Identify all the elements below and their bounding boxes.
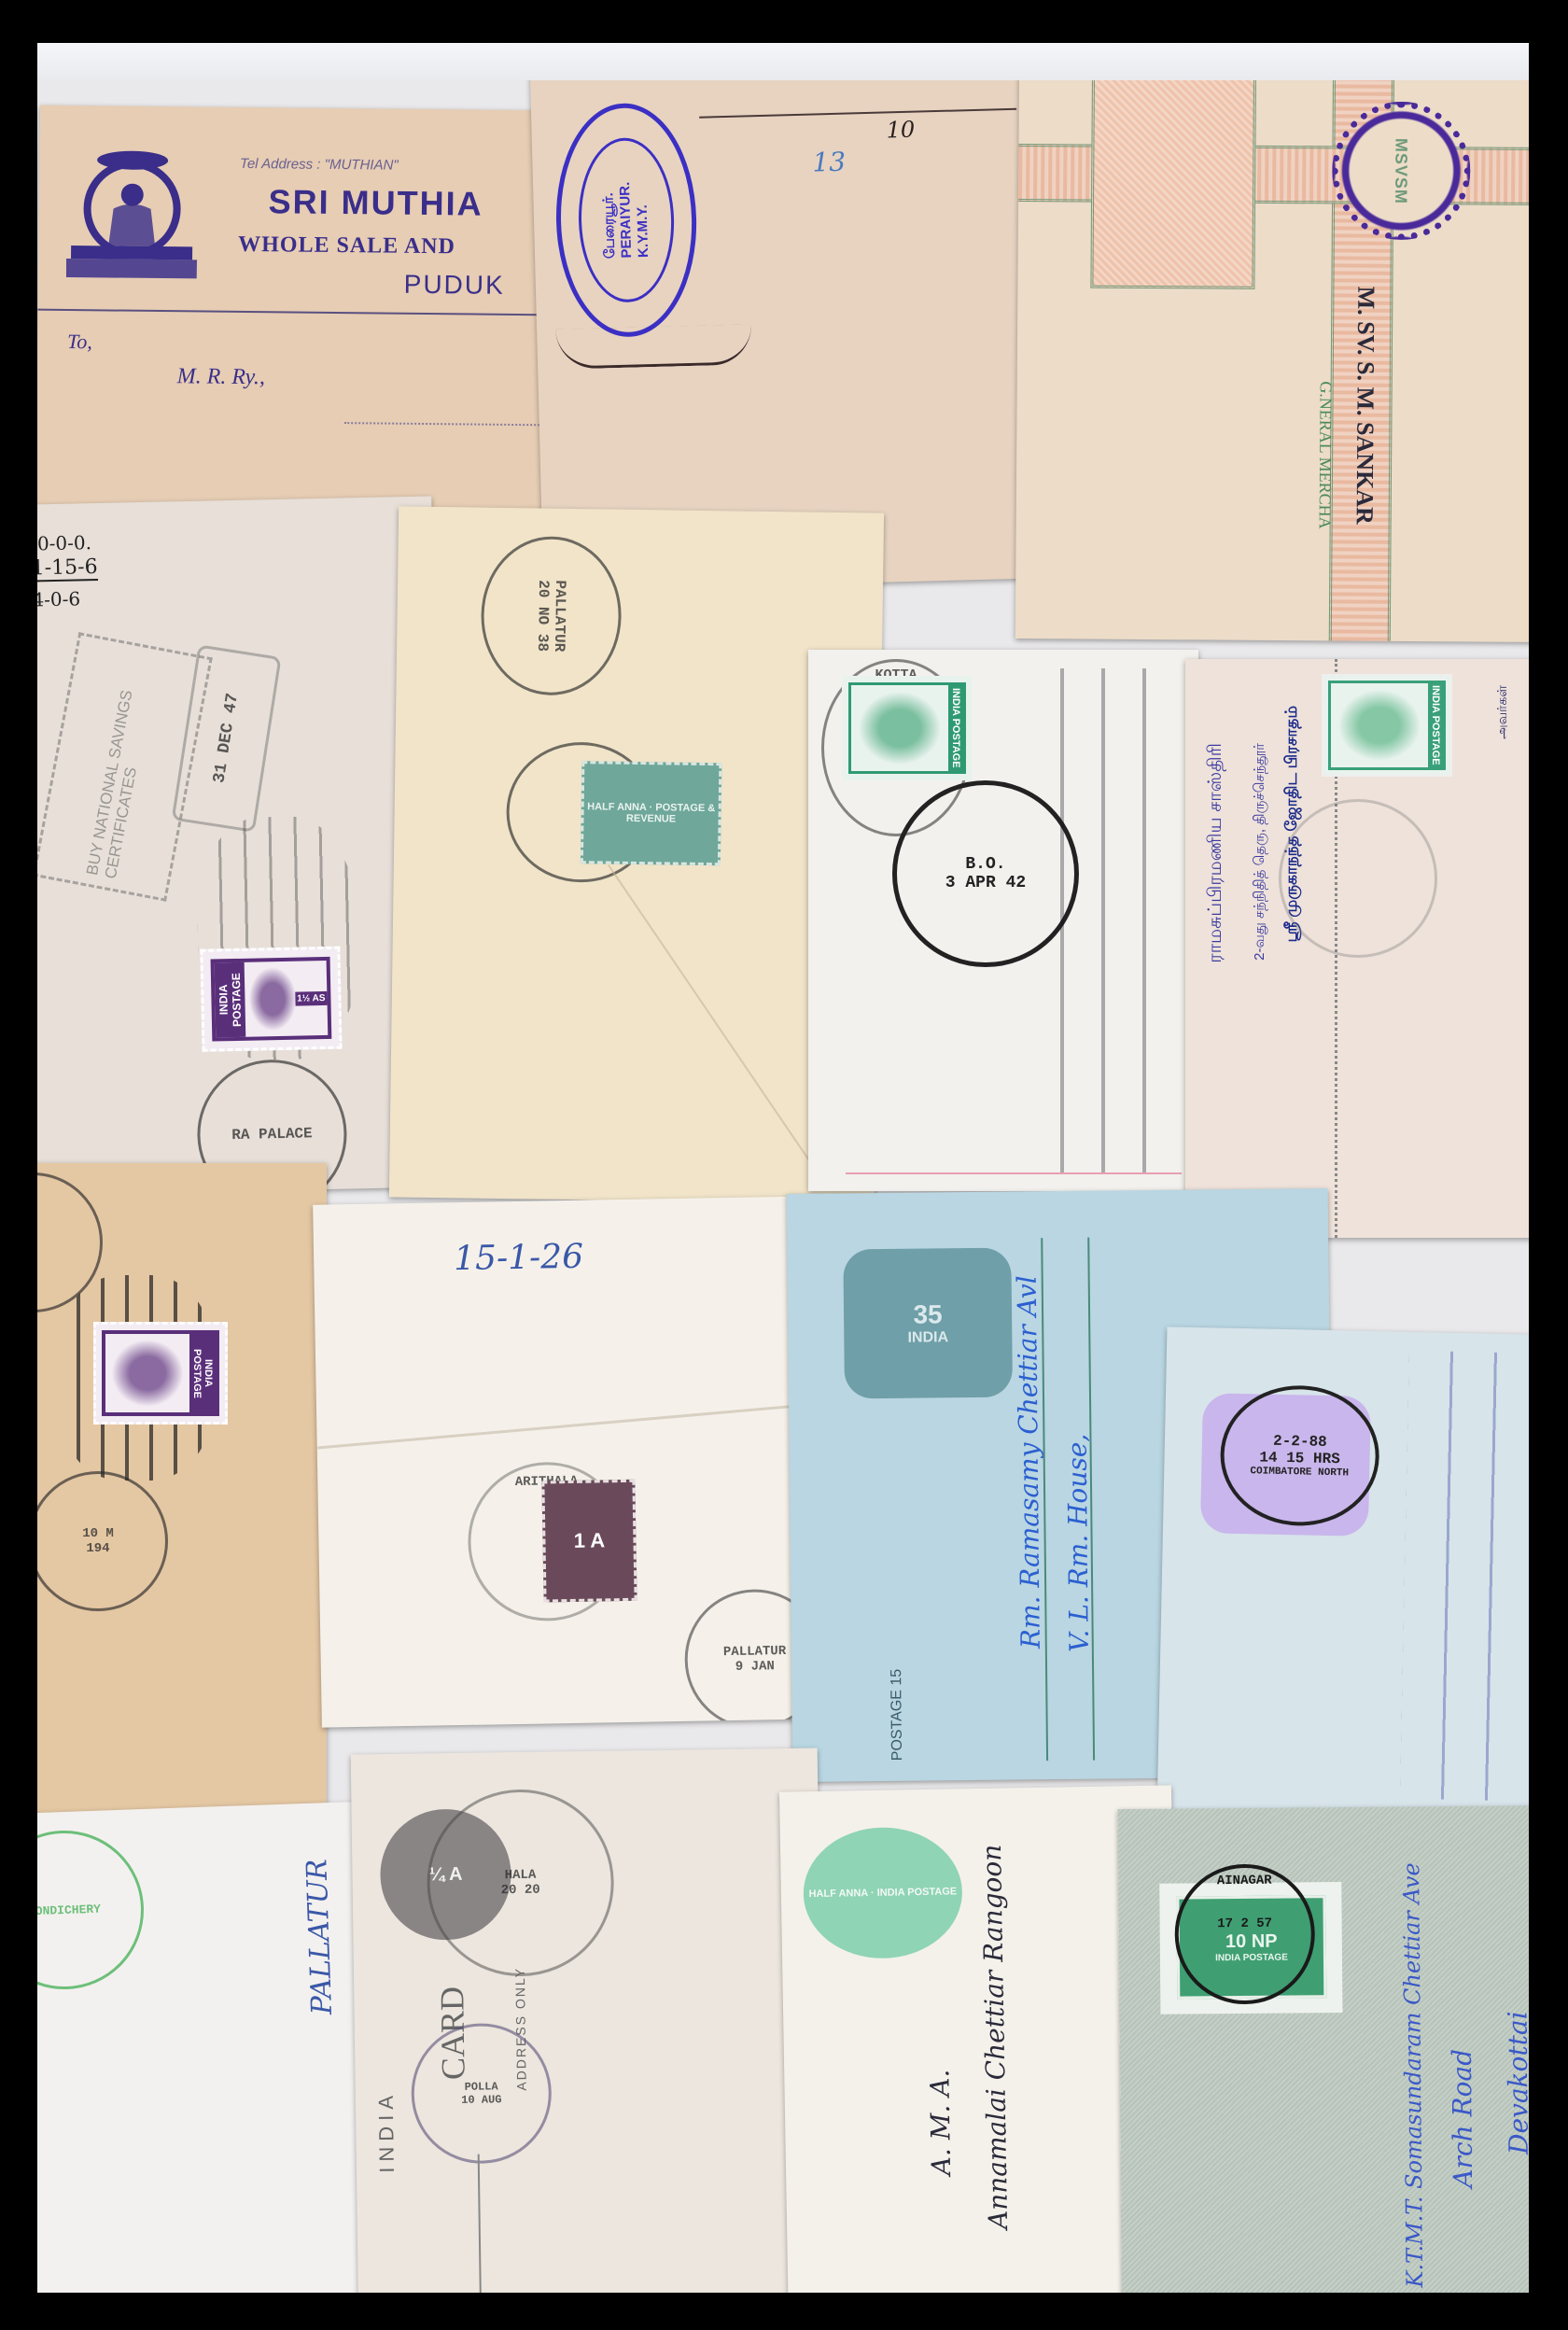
monogram-text: MSVSM [1392,137,1411,204]
194x-postmark: 10 M194 [37,1471,168,1611]
address-somasundaram: K.T.M.T. Somasundaram Chettiar Ave [1398,1862,1428,2287]
address-devakottai: Devakottai [1502,2011,1529,2155]
pallatur-handwritten: PALLATUR [301,1859,339,2015]
right-label: அவர்கள் [1493,685,1509,739]
stamp-9-ps-green: INDIA POSTAGE [1322,674,1452,777]
envelope-tear [317,1402,819,1449]
hala-postmark: HALA20 20 [426,1789,615,1978]
postage-label: POSTAGE 15 [889,1669,906,1762]
handwritten-curl [555,324,752,369]
salutation: M. R. Ry., [177,364,265,390]
karaikudi-envelope: 15-1-26 ARITHALA 1 A PALLATUR9 JAN [313,1196,826,1727]
sankar-firm-name: M. SV. S. M. SANKAR [1351,287,1380,525]
photo-stage: Tel Address : "MUTHIAN" SRI MUTHIA WHOLE… [37,43,1529,2293]
deity-emblem-icon [66,143,199,284]
stamp-1-half-anna-2: INDIA POSTAGE [93,1322,228,1425]
polla-postmark: POLLA10 AUG [411,2023,553,2165]
firm-name: SRI MUTHIA [268,182,483,223]
accounts-line-1: -0-0-0. [37,531,91,554]
pallatur-collect-card: PONDICHERY PALLATUR [37,1802,383,2293]
pallatur-postmark: PALLATUR20 NO 38 [480,536,622,696]
address-line-1: Rm. Ramasamy Chettiar Avl [1012,1275,1046,1649]
accounts-line-2: 1-15-6 [37,555,98,582]
quarter-anna-card: ¼ A HALA20 20 INDIA CARD ADDRESS ONLY PO… [351,1748,826,2293]
kottayam-card: KOTTA INDIA POSTAGE B.O.3 APR 42 [808,650,1198,1191]
seal-line-tamil: பேரையூர். [600,182,619,259]
firm-tagline: WHOLE SALE AND [238,232,455,260]
oval-seal: பேரையூர். PERAIYUR. K.Y.M.Y. [553,102,699,339]
firm-city: PUDUK [404,270,505,301]
stamp-1-half-anna: INDIA POSTAGE 1½ AS [200,947,342,1052]
accounts-line-3: 4-0-6 [37,587,80,611]
half-anna-oval-indicium: HALF ANNA · INDIA POSTAGE [803,1826,963,1959]
subramaniya-card: ராமசுப்பிரமணிய சாஸ்திரி 2-வது சந்நிதித் … [1185,659,1529,1238]
pink-rule [846,1172,1182,1174]
plastic-sleeve-glare [37,43,1529,80]
sankar-cover: MSVSM M. SV. S. M. SANKAR G.NERAL MERCHA [1015,43,1529,642]
tamil-address-lines [1023,668,1182,1172]
tamil-address [1400,1351,1529,1802]
address-line-a: A. M. A. [924,2069,957,2175]
printed-name: ராமசுப்பிரமணிய சாஸ்திரி [1204,743,1226,963]
handwritten-line-1 [699,88,1017,119]
envelope-flap-crease [608,864,830,1189]
to-label: To, [67,330,92,354]
stamp-35-indicium: 35INDIA [843,1248,1013,1399]
seal-line-kymy: K.Y.M.Y. [634,181,652,258]
tan-cover-1940s: INDIA POSTAGE 10 M194 [37,1163,327,1835]
stamp-9-ps: INDIA POSTAGE [842,676,973,780]
tel-address: Tel Address : "MUTHIAN" [240,156,399,174]
card-country: INDIA [374,2090,399,2173]
seal-line-peraiyur: PERAIYUR. [617,182,636,259]
handwritten-line-3: 13 [812,147,846,178]
faint-postmark [1279,799,1437,958]
coimbatore-inland: 2-2-8814 15 HRSCOIMBATORE NORTH [1157,1326,1529,1820]
one-anna-stamp: 1 A [541,1480,637,1603]
address-line-b: Annamalai Chettiar Rangoon [976,1844,1014,2229]
printed-address: 2-வது சந்நிதித் தெரு, திருச்செந்தூர் [1251,743,1268,961]
meter-slogan: BUY NATIONAL SAVINGS CERTIFICATES [83,653,161,880]
card-divider [478,2155,483,2293]
half-anna-stamp: HALF ANNA · POSTAGE & REVENUE [581,761,722,865]
monogram-seal: MSVSM [1332,101,1471,240]
buy-national-cover: -0-0-0. 1-15-6 4-0-6 BUY NATIONAL SAVING… [37,496,446,1195]
ainagar-postmark: AINAGAR17 2 57 [1174,1863,1315,2004]
sankar-subtitle: G.NERAL MERCHA [1315,381,1336,528]
pondichery-postmark: PONDICHERY [37,1828,147,1992]
address-box [1090,55,1256,289]
handwritten-line-2: 10 [886,117,915,144]
green-inland-1957: 10 NPINDIA POSTAGE AINAGAR17 2 57 K.T.M.… [1118,1805,1529,2293]
address-arch-road: Arch Road [1447,2049,1478,2188]
handwritten-date: 15-1-26 [454,1238,584,1278]
